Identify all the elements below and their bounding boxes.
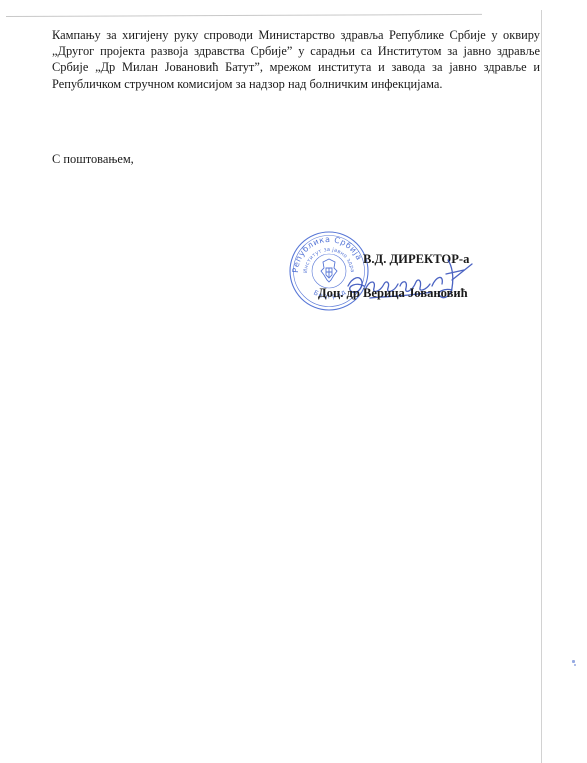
scan-frame-top-border bbox=[6, 14, 482, 17]
scan-artifact bbox=[574, 664, 576, 666]
body-paragraph: Кампању за хигијену руку спроводи Минист… bbox=[52, 27, 540, 92]
paragraph-line: Кампању за хигијену руку спроводи Минист… bbox=[52, 27, 540, 43]
signatory-name: Доц. др Верица Јовановић bbox=[318, 286, 468, 301]
closing-salutation: С поштовањем, bbox=[52, 152, 134, 167]
scan-frame-right-border bbox=[541, 10, 542, 763]
paragraph-line: Републичком стручном комисијом за надзор… bbox=[52, 76, 540, 92]
paragraph-line: Србије „Др Милан Јовановић Батут”, мрежо… bbox=[52, 59, 540, 75]
paragraph-line: „Другог пројекта развоја здравства Србиј… bbox=[52, 43, 540, 59]
scan-artifact bbox=[572, 660, 575, 663]
coat-of-arms-icon bbox=[321, 259, 337, 282]
document-page: Кампању за хигијену руку спроводи Минист… bbox=[0, 0, 587, 763]
